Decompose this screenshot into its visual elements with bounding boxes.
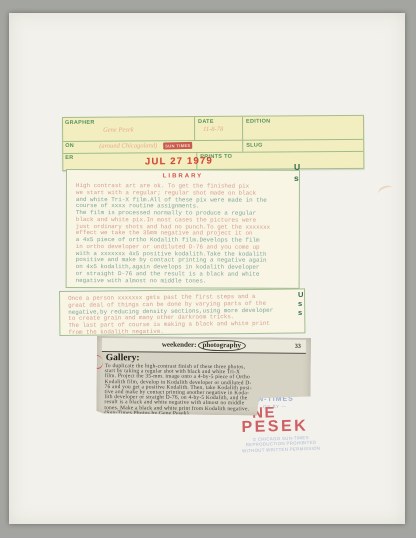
edge-letter: s xyxy=(298,299,303,308)
received-date-stamp: JUL 27 1979 xyxy=(145,156,213,168)
clipping-header-prefix: weekender: xyxy=(162,341,197,349)
date-label: DATE xyxy=(198,119,214,125)
caption-card-2: Once a person xxxxxxx gets past the firs… xyxy=(59,288,305,336)
library-stamp: LIBRARY xyxy=(67,173,299,180)
clipping-header: weekender:photography 33 xyxy=(102,338,306,354)
edge-letter: U xyxy=(298,290,303,299)
clipping-title: Gallery: xyxy=(106,353,140,363)
caption-card-1: LIBRARY High contrast art are ok. To get… xyxy=(66,169,300,289)
edition-label: EDITION xyxy=(246,119,270,125)
form-rule xyxy=(242,117,243,152)
caption-label: ON xyxy=(65,143,74,149)
date-value: 11-8-78 xyxy=(203,126,223,133)
caption-value: (around Chicagoland) xyxy=(99,142,157,149)
clipping-header-circled-word: photography xyxy=(197,340,246,351)
edge-letter: s xyxy=(294,173,300,184)
slug-label: SLUG xyxy=(246,143,263,149)
edge-letter: s xyxy=(298,308,303,317)
photographer-value: Gene Pesek xyxy=(103,127,134,134)
edge-letter: U xyxy=(294,162,300,173)
typed-caption-paragraph-2: Once a person xxxxxxx gets past the firs… xyxy=(68,294,273,337)
typed-line: negative with almost no middle tones. xyxy=(76,278,270,285)
clipping-page-number: 33 xyxy=(295,341,301,353)
typed-caption-paragraph-1: High contrast art are ok. To get the fin… xyxy=(76,183,271,285)
order-label: ER xyxy=(65,155,73,161)
edge-letters-top: Us xyxy=(294,162,300,184)
library-form-card: GRAPHER Gene Pesek DATE 11-8-78 EDITION … xyxy=(62,115,364,171)
form-rule xyxy=(63,139,363,142)
form-rule xyxy=(194,117,195,140)
photographer-name-line2: PESEK xyxy=(241,418,308,437)
scan-background: GRAPHER Gene Pesek DATE 11-8-78 EDITION … xyxy=(0,0,416,538)
edge-letters-bottom: Uss xyxy=(298,290,303,317)
sun-times-stamp: SUN TIMES xyxy=(163,142,193,150)
photographer-label: GRAPHER xyxy=(65,120,95,126)
